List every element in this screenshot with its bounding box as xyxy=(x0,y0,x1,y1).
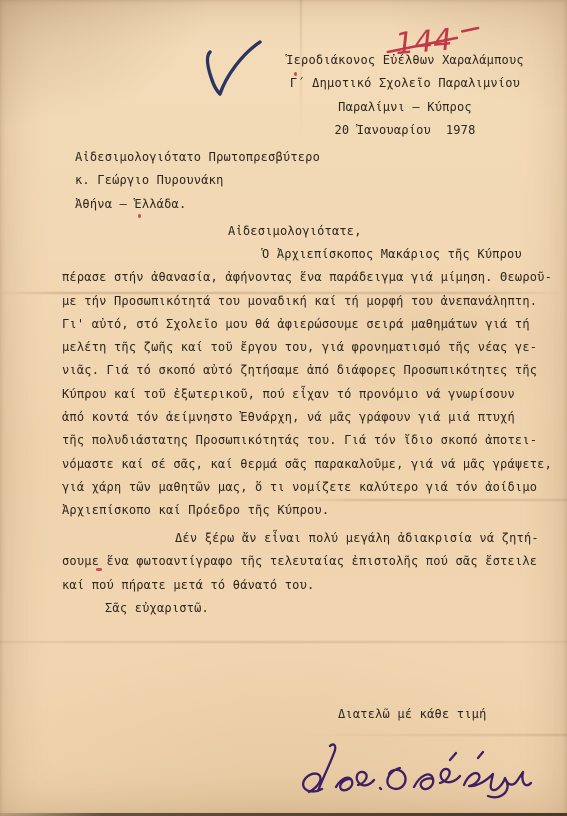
text-line: Γι' αὐτό, στό Σχολεῖο μου θά ἀφιερώσουμε… xyxy=(62,313,552,336)
text-line: τῆς πολυδιάστατης Προσωπικότητάς του. Γι… xyxy=(62,429,552,452)
handwritten-signature xyxy=(292,733,532,811)
text-line: Παραλίμνι — Κύπρος xyxy=(252,96,558,119)
scanned-letter-page: 144 Ἱεροδιάκονος Εὐέλθων ΧαραλάμπουςΓ΄ Δ… xyxy=(0,0,567,816)
closing-line: Διατελῶ μέ κάθε τιμή xyxy=(338,703,487,726)
text-line: σουμε ἕνα φωτοαντίγραφο τῆς τελευταίας ἐ… xyxy=(62,550,539,573)
text-line: Δέν ξέρω ἄν εἶναι πολύ μεγάλη ἀδιακρισία… xyxy=(62,527,539,550)
text-line: ἀπό κοντά τόν ἀείμνηστο Ἐθνάρχη, νά μᾶς … xyxy=(62,406,552,429)
text-line: κ. Γεώργιο Πυρουνάκη xyxy=(75,169,320,192)
salutation: Αἰδεσιμολογιότατε, xyxy=(228,220,362,243)
text-line: Γ΄ Δημοτικό Σχολεῖο Παραλιμνίου xyxy=(252,72,558,95)
text-line: Ἱεροδιάκονος Εὐέλθων Χαραλάμπους xyxy=(252,49,558,72)
text-line: νόμαστε καί σέ σᾶς, καί θερμά σᾶς παρακα… xyxy=(62,453,552,476)
text-line: με τήν Προσωπικότητά του μοναδική καί τή… xyxy=(62,290,552,313)
text-line: Κύπρου καί τοῦ ἐξωτερικοῦ, πού εἶχαν τό … xyxy=(62,383,552,406)
text-line: καί πού πήρατε μετά τό θάνατό του. xyxy=(62,574,539,597)
thanks-line: Σᾶς εὐχαριστῶ. xyxy=(105,597,209,620)
text-line: μελέτη τῆς ζωῆς καί τοῦ ἔργου του, γιά φ… xyxy=(62,336,552,359)
text-line: Ἀρχιεπίσκοπο καί Πρόεδρο τῆς Κύπρου. xyxy=(62,499,552,522)
text-line: νιᾶς. Γιά τό σκοπό αὐτό ζητήσαμε ἀπό διά… xyxy=(62,359,552,382)
body-paragraph-1: Ὁ Ἀρχιεπίσκοπος Μακάριος τῆς Κύπρουπέρασ… xyxy=(62,243,552,523)
sender-header: Ἱεροδιάκονος Εὐέλθων ΧαραλάμπουςΓ΄ Δημοτ… xyxy=(252,49,558,142)
fold-crease xyxy=(0,641,567,643)
red-pencil-mark xyxy=(138,214,141,218)
red-pencil-mark xyxy=(294,72,297,76)
text-line: Ἀθήνα — Ἑλλάδα. xyxy=(75,193,320,216)
text-line: γιά χάρη τῶν μαθητῶν μας, ὅ τι νομίζετε … xyxy=(62,476,552,499)
recipient-address: Αἰδεσιμολογιότατο Πρωτοπρεσβύτεροκ. Γεώρ… xyxy=(75,146,320,216)
text-line: Ὁ Ἀρχιεπίσκοπος Μακάριος τῆς Κύπρου xyxy=(62,243,552,266)
body-paragraph-2: Δέν ξέρω ἄν εἶναι πολύ μεγάλη ἀδιακρισία… xyxy=(62,527,539,597)
text-line: 20 Ἰανουαρίου 1978 xyxy=(252,119,558,142)
red-pencil-mark xyxy=(96,568,102,571)
text-line: Αἰδεσιμολογιότατο Πρωτοπρεσβύτερο xyxy=(75,146,320,169)
text-line: πέρασε στήν ἀθανασία, ἀφήνοντας ἕνα παρά… xyxy=(62,266,552,289)
